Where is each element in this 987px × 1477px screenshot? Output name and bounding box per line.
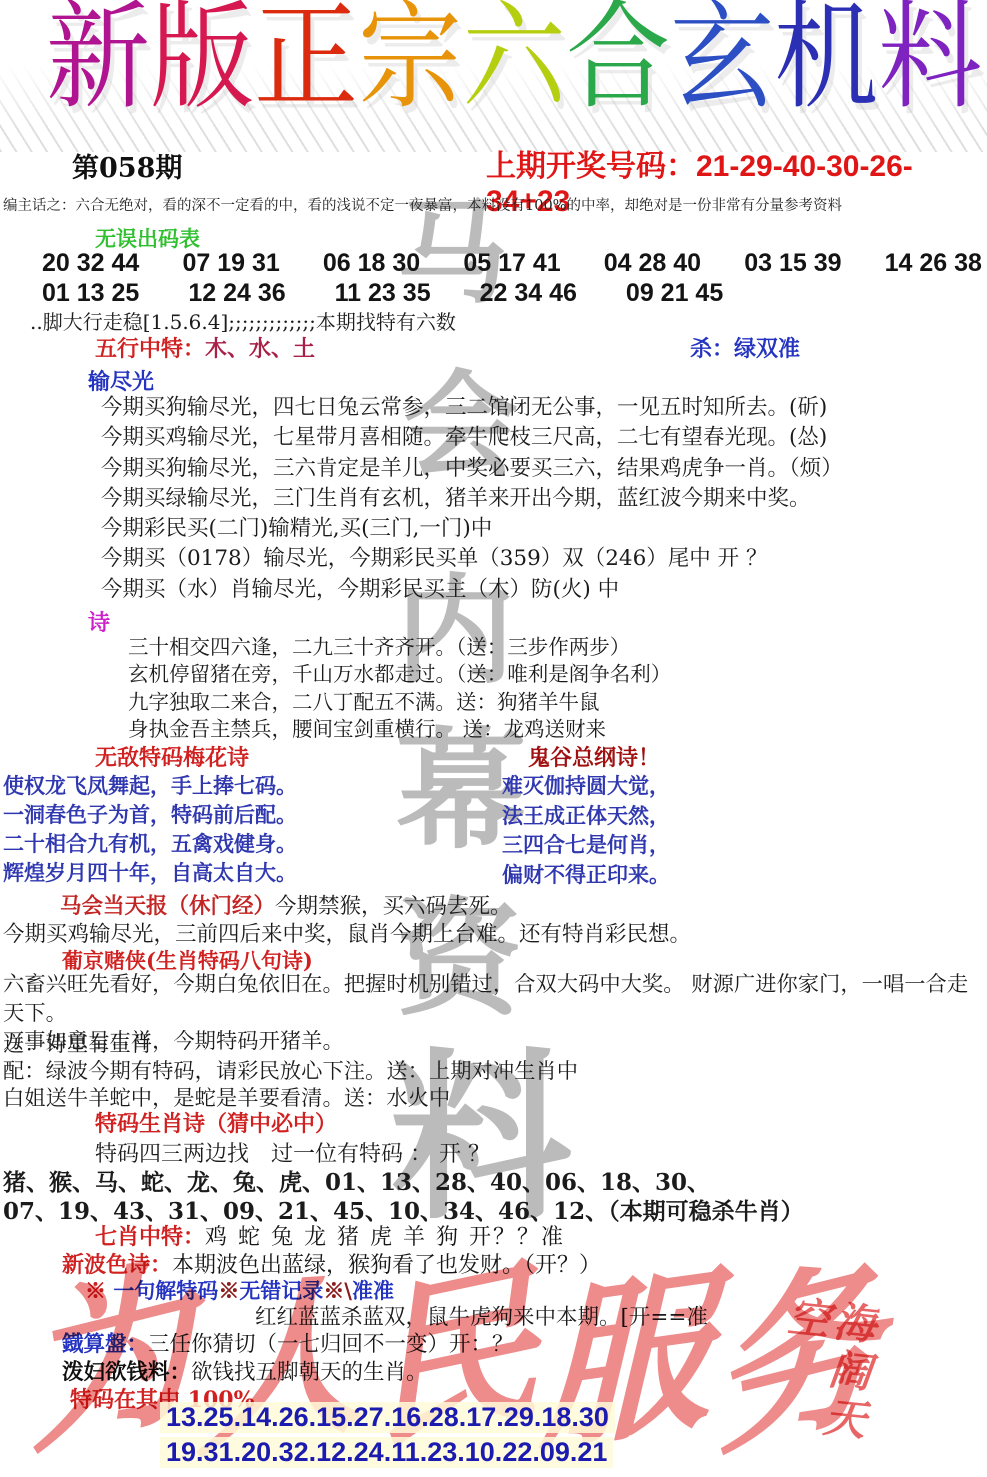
shujinguang-line-2: 今期买狗输尽光，三六肯定是羊儿，中奖必要买三六，结果鸡虎争一肖。（烦）	[101, 454, 843, 484]
bottom-number-row-0: 13.25.14.26.15.27.16.28.17.29.18.30	[160, 1402, 615, 1433]
title-char-7: 机	[774, 0, 878, 133]
bottom-number-row-1: 19.31.20.32.12.24.11.23.10.22.09.21	[160, 1437, 613, 1468]
mahui-daily-line-seg-1: 今期禁猴，买六码去死。	[275, 894, 512, 919]
title-char-0: 新	[46, 0, 150, 133]
code-table-note: ..脚大行走稳[1.5.6.4];;;;;;;;;;;;;本期找特有六数	[30, 306, 456, 335]
page-title: 新版正宗六合玄机料	[46, 0, 944, 150]
red-side-watermark: 海阔天空	[769, 1294, 877, 1477]
iron-abacus-line: 鐡算盤：三任你猜切（一七归回不一变）开：？	[62, 1327, 514, 1358]
shujinguang-lines: 今期买狗输尽光，四七日兔云常参，三二馆闭无公事，一见五时知所去。(斫)今期买鸡输…	[101, 393, 843, 605]
one-sentence-line-seg-0: ※	[85, 1278, 113, 1303]
code-group-2: 11 23 35	[335, 279, 431, 308]
one-sentence-line-seg-1: 一句解特码	[113, 1278, 218, 1303]
meihua-lines: 使权龙飞凤舞起，手上捧七码。一洞春色子为首，特码前后配。二十相合九有机，五禽戏健…	[3, 771, 297, 887]
iron-abacus-line-seg-0: 鐡算盤：	[62, 1332, 148, 1357]
code-group-3: 22 34 46	[480, 279, 577, 308]
title-char-6: 玄	[670, 0, 774, 133]
editor-note: 编主话之：六合无绝对，看的深不一定看的中，看的浅说不定一夜暴富，本料没有100%…	[3, 194, 987, 215]
poem-line-3: 身执金吾主禁兵，腰间宝剑重横行。 送：龙鸡送财来	[128, 716, 671, 743]
meihua-line-1: 一洞春色子为首，特码前后配。	[3, 800, 297, 829]
code-group-1: 12 24 36	[188, 279, 285, 308]
guigu-line-2: 三四合七是何肖，	[502, 830, 670, 860]
code-group-4: 09 21 45	[626, 279, 723, 308]
title-char-4: 六	[462, 0, 566, 133]
code-group-6: 14 26 38	[885, 249, 982, 278]
title-char-3: 宗	[358, 0, 462, 133]
five-elements-line-seg-0: 五行中特：	[95, 336, 205, 362]
pofu-line-seg-1: 欲钱找五脚朝天的生肖。	[191, 1360, 428, 1385]
title-char-2: 正	[254, 0, 358, 133]
guigu-lines: 难灭伽持圆大觉，法王成正体天然，三四合七是何肖，偏财不得正印来。	[502, 771, 670, 889]
shujinguang-line-0: 今期买狗输尽光，四七日兔云常参，三二馆闭无公事，一见五时知所去。(斫)	[101, 393, 843, 423]
guigu-line-0: 难灭伽持圆大觉，	[502, 771, 670, 801]
mahui-daily-line: 马会当天报（休门经）今期禁猴，买六码去死。	[60, 889, 512, 920]
bottom-number-rows: 13.25.14.26.15.27.16.28.17.29.18.3019.31…	[160, 1402, 615, 1468]
code-group-0: 01 13 25	[42, 279, 139, 308]
guigu-line-3: 偏财不得正印来。	[502, 860, 670, 890]
code-group-3: 05 17 41	[463, 249, 560, 278]
tema-poem-header: 特码生肖诗（猜中必中）	[95, 1107, 337, 1138]
iron-abacus-line-seg-1: 三任你猜切（一七归回不一变）开：？	[148, 1332, 514, 1357]
poem-line-0: 三十相交四六逢，二九三十齐齐开。（送：三步作两步）	[128, 634, 671, 661]
poem-header: 诗	[88, 606, 110, 637]
poem-lines: 三十相交四六逢，二九三十齐齐开。（送：三步作两步）玄机停留猪在旁，千山万水都走过…	[128, 634, 671, 743]
pofu-line-seg-0: 泼妇欲钱料：	[62, 1360, 191, 1385]
seven-zodiac-line-seg-1: 鸡 蛇 兔 龙 猪 虎 羊 狗 开？？准	[205, 1225, 565, 1250]
code-group-0: 20 32 44	[42, 249, 139, 278]
guigu-line-1: 法王成正体天然，	[502, 801, 670, 831]
five-elements-line-seg-1: 木、水、土	[205, 336, 315, 362]
seven-zodiac-line: 七肖中特：鸡 蛇 兔 龙 猪 虎 羊 狗 开？？准	[95, 1220, 565, 1251]
poem-line-2: 九字独取二来合，二八丁配五不满。送：狗猪羊牛鼠	[128, 689, 671, 716]
code-table-row-1: 20 32 4407 19 3106 18 3005 17 4104 28 40…	[42, 249, 982, 278]
code-group-4: 04 28 40	[604, 249, 701, 278]
seven-zodiac-line-seg-0: 七肖中特：	[95, 1224, 205, 1250]
one-sentence-line-seg-2: ※	[218, 1278, 239, 1303]
shujinguang-line-3: 今期买绿输尽光，三门生肖有玄机，猪羊来开出今期，蓝红波今期来中奖。	[101, 484, 843, 514]
code-table-row-2: 01 13 2512 24 3611 23 3522 34 4609 21 45	[42, 279, 723, 308]
lottery-tip-sheet: 马会内幕资料 为人民服务 海阔天空 新版正宗六合玄机料 第058期 上期开奖号码…	[0, 0, 987, 1477]
shujinguang-header: 输尽光	[88, 365, 154, 396]
issue-number: 第058期	[72, 146, 182, 185]
pujing-line-0: 六畜兴旺先看好，今期白兔依旧在。把握时机别错过，合双大码中大奖。 财源广进你家门…	[3, 971, 987, 1028]
guigu-header: 鬼谷总纲诗！	[528, 741, 660, 772]
shujinguang-line-1: 今期买鸡输尽光，七星带月喜相随。牵牛爬枝三尺高，二七有望春光现。(怂)	[101, 423, 843, 453]
pofu-line: 泼妇欲钱料：欲钱找五脚朝天的生肖。	[62, 1355, 428, 1386]
title-char-5: 合	[566, 0, 670, 133]
code-group-2: 06 18 30	[323, 249, 420, 278]
meihua-line-2: 二十相合九有机，五禽戏健身。	[3, 829, 297, 858]
kill-line: 杀：绿双准	[690, 332, 800, 363]
five-elements-line: 五行中特：木、水、土	[95, 332, 315, 363]
title-char-8: 料	[878, 0, 982, 133]
meihua-line-3: 辉煌岁月四十年，自高太自大。	[3, 858, 297, 887]
poem-line-1: 玄机停留猪在旁，千山万水都走过。（送：唯利是阁争名利）	[128, 661, 671, 688]
mahui-daily-line-seg-0: 马会当天报（休门经）	[60, 894, 275, 919]
meihua-header: 无敌特码梅花诗	[95, 741, 249, 772]
code-group-5: 03 15 39	[744, 249, 841, 278]
shujinguang-line-6: 今期买（水）肖输尽光，今期彩民买主（木）防(火) 中	[101, 575, 843, 605]
code-group-1: 07 19 31	[182, 249, 279, 278]
red-brush-char-4: 务	[706, 1250, 885, 1466]
chicken-line: 今期买鸡输尽光，三前四后来中奖，鼠肖今期上台难。还有特肖彩民想。	[3, 917, 691, 948]
meihua-line-0: 使权龙飞凤舞起，手上捧七码。	[3, 771, 297, 800]
title-char-1: 版	[150, 0, 254, 133]
shujinguang-line-5: 今期买（0178）输尽光，今期彩民买单（359）双（246）尾中 开 ？	[101, 544, 843, 574]
shujinguang-line-4: 今期彩民买(二门)输精光,买(三门,一门)中	[101, 514, 843, 544]
